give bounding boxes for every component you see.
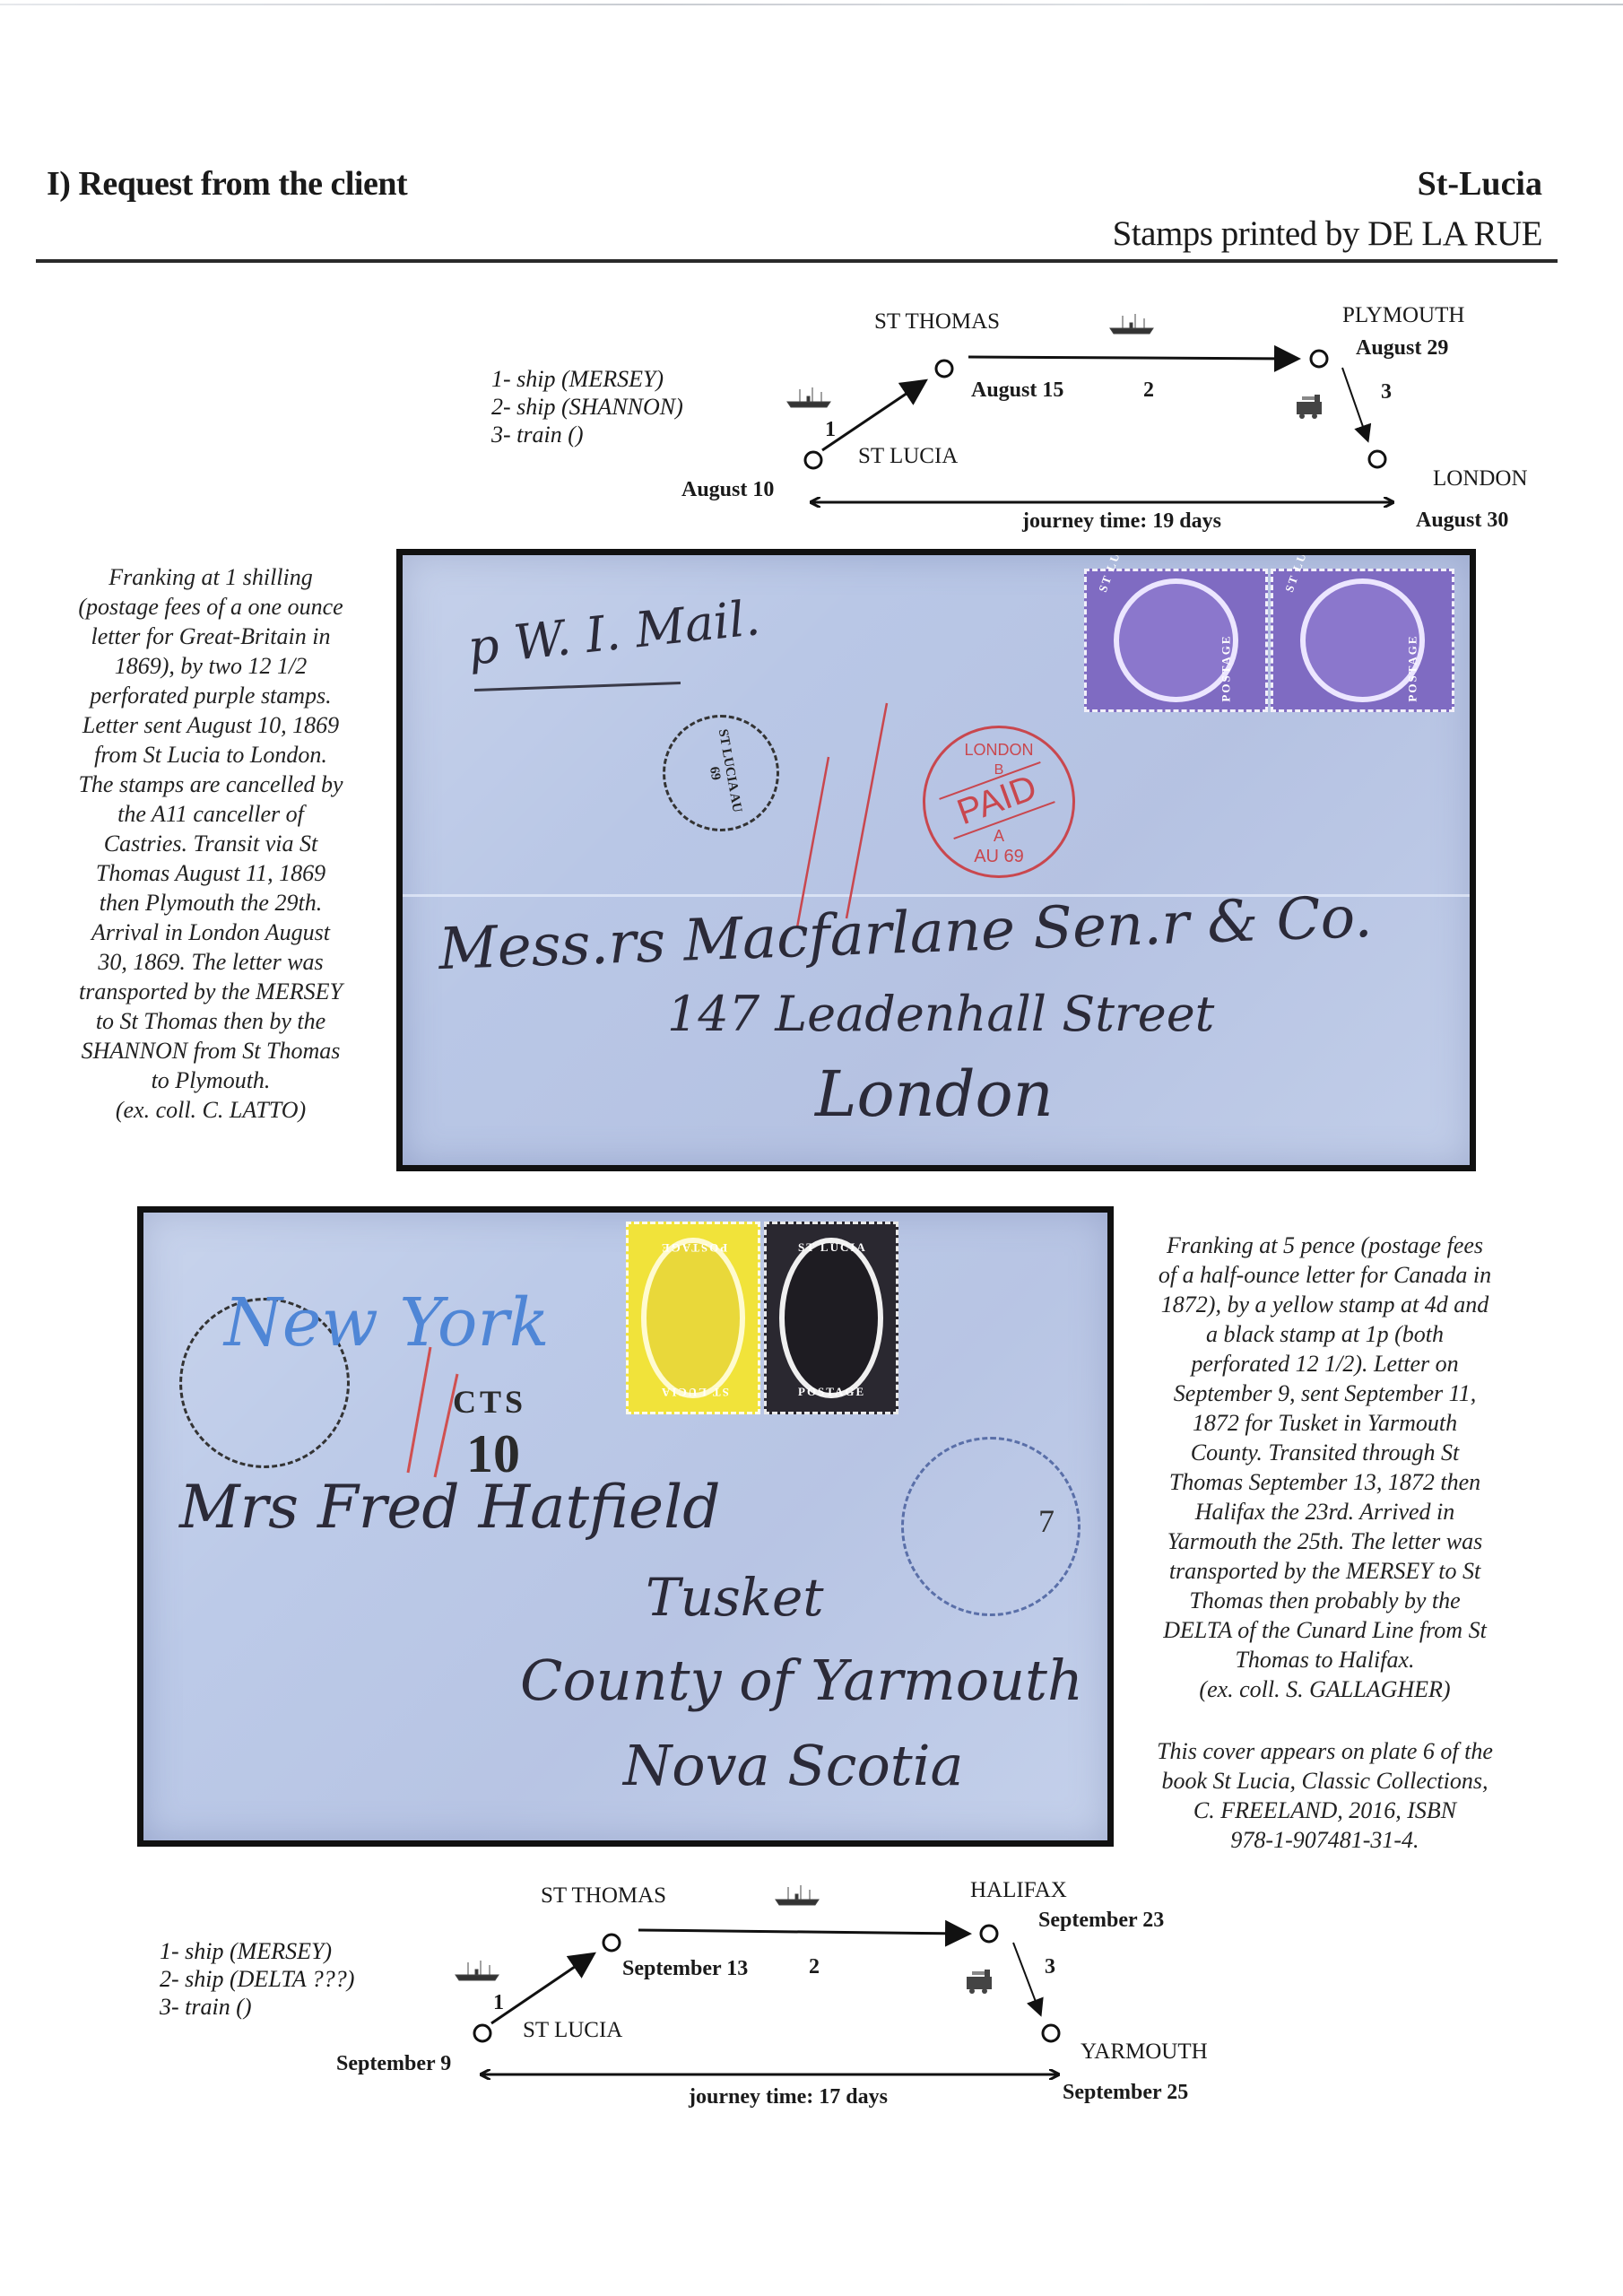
place-yarmouth: YARMOUTH xyxy=(1081,2039,1208,2065)
leg-number: 2 xyxy=(809,1955,820,1979)
date-st-thomas: September 13 xyxy=(622,1957,748,1981)
place-halifax: HALIFAX xyxy=(970,1878,1067,1903)
date-halifax: September 23 xyxy=(1038,1909,1164,1933)
date-st-lucia: September 9 xyxy=(336,2052,451,2076)
ship-icon xyxy=(456,1961,499,1980)
route-lines xyxy=(0,0,1623,2296)
route-diagram-1872: 1- ship (MERSEY) 2- ship (DELTA ???) 3- … xyxy=(0,0,1623,2296)
journey-time: journey time: 17 days xyxy=(689,2085,888,2109)
leg-number: 3 xyxy=(1045,1955,1055,1979)
place-st-lucia: ST LUCIA xyxy=(523,2018,622,2043)
train-icon xyxy=(967,1970,992,1994)
date-yarmouth: September 25 xyxy=(1063,2081,1188,2105)
leg-number: 1 xyxy=(493,1991,504,2015)
ship-icon xyxy=(776,1885,819,1905)
place-st-thomas: ST THOMAS xyxy=(541,1883,666,1909)
